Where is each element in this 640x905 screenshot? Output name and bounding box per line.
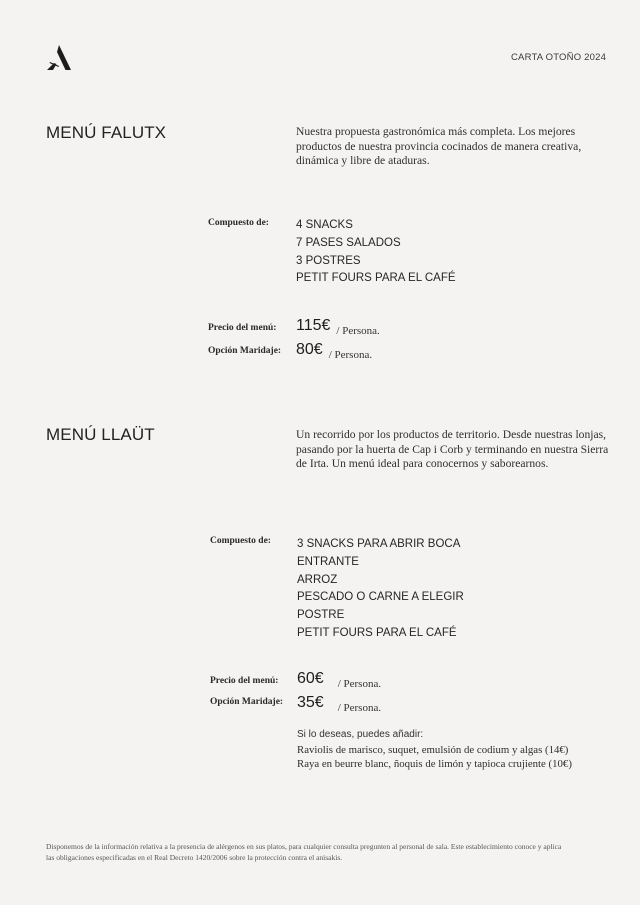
menu-title: MENÚ FALUTX	[46, 123, 166, 143]
menu-item: PESCADO O CARNE A ELEGIR	[297, 589, 464, 607]
pairing-row: 35€ / Persona.	[297, 694, 381, 712]
addons-list: Raviolis de marisco, suquet, emulsión de…	[297, 744, 572, 771]
menu-description: Nuestra propuesta gastronómica más compl…	[296, 125, 616, 169]
price-label: Precio del menú:	[208, 323, 276, 333]
menu-item: 7 PASES SALADOS	[296, 235, 456, 253]
allergen-notice: Disponemos de la información relativa a …	[46, 841, 566, 863]
menu-item: 3 SNACKS PARA ABRIR BOCA	[297, 536, 464, 554]
menu-items-list: 3 SNACKS PARA ABRIR BOCA ENTRANTE ARROZ …	[297, 536, 464, 643]
addons-heading: Si lo deseas, puedes añadir:	[297, 729, 423, 740]
composed-label: Compuesto de:	[210, 536, 271, 546]
menu-item: PETIT FOURS PARA EL CAFÉ	[297, 625, 464, 643]
menu-price: 115€	[296, 317, 330, 335]
brand-logo-icon	[44, 44, 74, 72]
addon-item: Raya en beurre blanc, ñoquis de limón y …	[297, 758, 572, 772]
pairing-price: 80€	[296, 341, 323, 359]
menu-item: POSTRE	[297, 607, 464, 625]
menu-item: ENTRANTE	[297, 554, 464, 572]
per-person-label: / Persona.	[338, 702, 381, 714]
per-person-label: / Persona.	[336, 325, 379, 337]
composed-label: Compuesto de:	[208, 218, 269, 228]
pairing-label: Opción Maridaje:	[208, 346, 281, 356]
pairing-label: Opción Maridaje:	[210, 697, 283, 707]
price-row: 60€ / Persona.	[297, 670, 381, 688]
addon-item: Raviolis de marisco, suquet, emulsión de…	[297, 744, 572, 758]
price-row: 115€ / Persona.	[296, 317, 380, 335]
menu-item: 4 SNACKS	[296, 217, 456, 235]
per-person-label: / Persona.	[329, 349, 372, 361]
menu-item: PETIT FOURS PARA EL CAFÉ	[296, 270, 456, 288]
menu-item: 3 POSTRES	[296, 253, 456, 271]
menu-title: MENÚ LLAÜT	[46, 425, 155, 445]
price-label: Precio del menú:	[210, 676, 278, 686]
per-person-label: / Persona.	[338, 678, 381, 690]
menu-item: ARROZ	[297, 572, 464, 590]
menu-items-list: 4 SNACKS 7 PASES SALADOS 3 POSTRES PETIT…	[296, 217, 456, 288]
pairing-row: 80€ / Persona.	[296, 341, 372, 359]
menu-description: Un recorrido por los productos de territ…	[296, 428, 616, 472]
season-label: CARTA OTOÑO 2024	[511, 52, 606, 63]
pairing-price: 35€	[297, 694, 324, 712]
menu-price: 60€	[297, 670, 324, 688]
